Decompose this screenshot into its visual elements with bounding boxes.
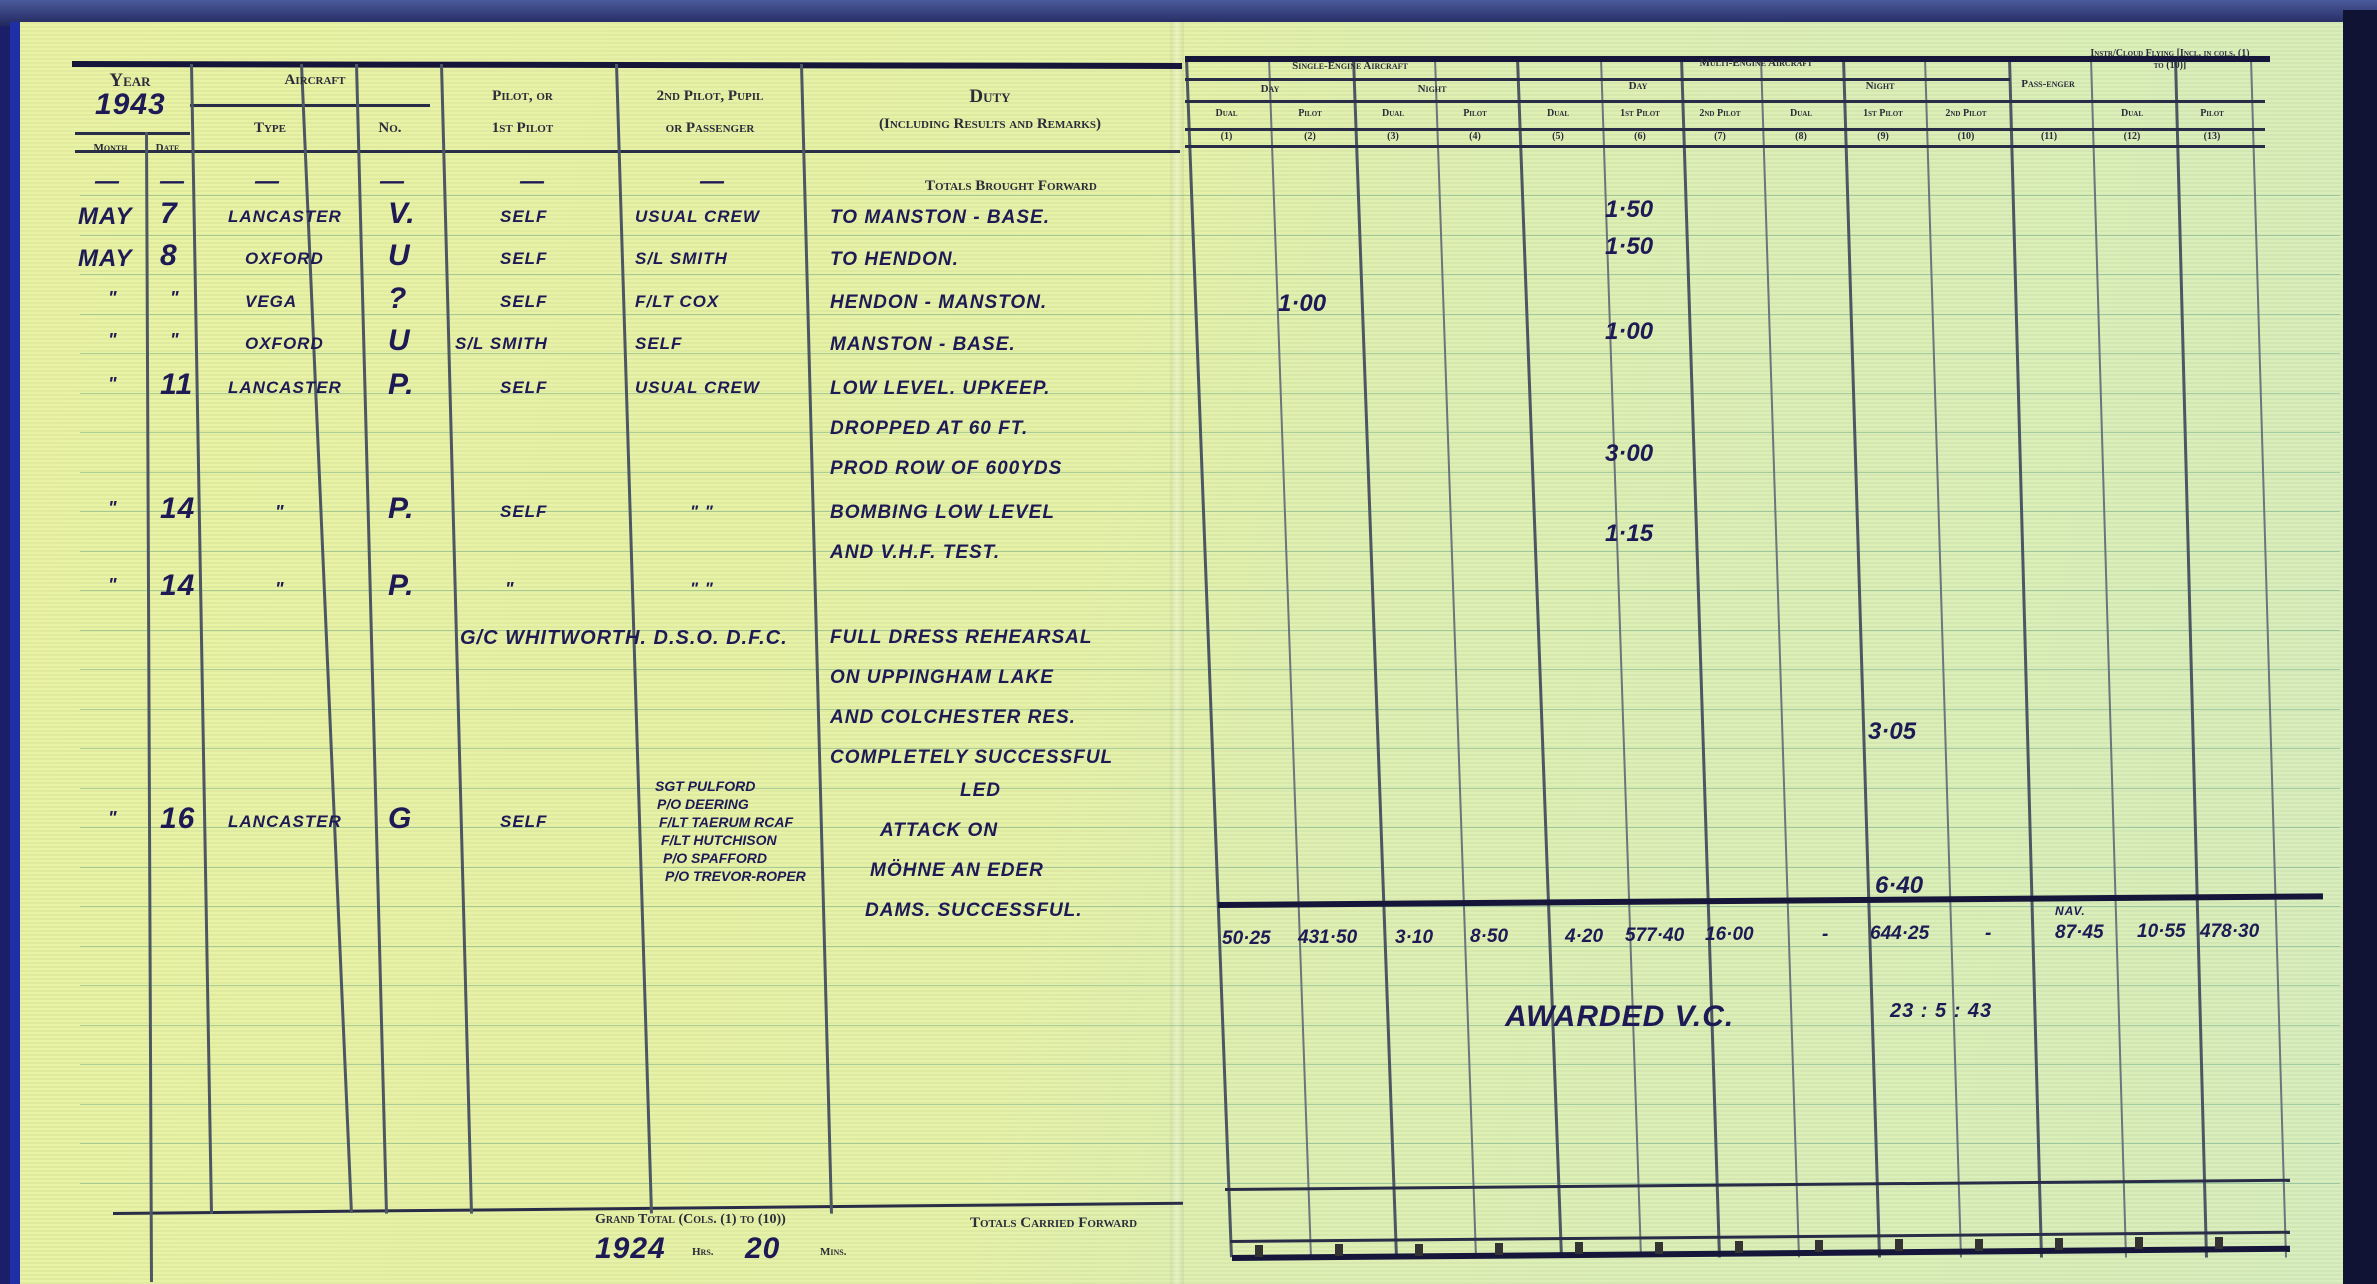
total-value: 478·30 (2200, 921, 2259, 943)
instrument-label: Instr/Cloud Flying [Incl. in cols. (1) t… (2090, 48, 2250, 72)
column-tick (2215, 1237, 2223, 1249)
single-day-label: Day (1190, 83, 1350, 95)
column-tick (1975, 1239, 1983, 1251)
sub-header: Pilot (2174, 108, 2250, 119)
hours-entry: 1·50 (1605, 233, 1653, 261)
nav-note: NAV. (2055, 904, 2086, 918)
hours-entry: 3·00 (1605, 440, 1653, 468)
ruled-line (80, 1104, 2340, 1105)
entry-date: 16 (160, 802, 195, 836)
total-value: 8·50 (1470, 926, 1508, 948)
totals-brought-forward: Totals Brought Forward (925, 178, 1097, 195)
hours-entry: 3·05 (1868, 718, 1916, 746)
ruled-line (80, 472, 2340, 473)
total-value: 3·10 (1395, 927, 1433, 949)
multi-day-label: Day (1516, 80, 1760, 92)
sub-header: Dual (1185, 108, 1268, 119)
passenger-label: Pass-enger (2008, 78, 2088, 91)
column-tick (2135, 1237, 2143, 1249)
second-pilot-label-1: 2nd Pilot, Pupil (615, 88, 805, 105)
entry-second-pilot: USUAL CREW (635, 207, 760, 227)
sub-header: 1st Pilot (1842, 108, 1924, 119)
ruled-line (80, 946, 2340, 947)
column-number: (11) (2008, 131, 2090, 142)
ruled-line (80, 235, 2340, 236)
no-label: No. (350, 120, 430, 137)
totals-carried-forward: Totals Carried Forward (970, 1215, 1137, 1232)
entry-date: 7 (160, 197, 178, 231)
entry-month: " (108, 575, 118, 596)
entry-month: MAY (78, 245, 133, 273)
sub-header: Dual (1352, 108, 1434, 119)
total-value: 577·40 (1625, 925, 1684, 947)
column-number: (5) (1516, 131, 1600, 142)
entry-second-pilot: " " (690, 579, 714, 599)
entry-duty-line: TO HENDON. (830, 249, 959, 271)
ruled-line (80, 1143, 2340, 1144)
dash: — (700, 168, 725, 196)
column-number: (2) (1268, 131, 1352, 142)
entry-duty-line: AND V.H.F. TEST. (830, 542, 1000, 564)
ruled-line (80, 590, 2340, 591)
entry-aircraft-type: " (275, 502, 285, 523)
entry-pilot: SELF (500, 378, 547, 398)
column-tick (2055, 1238, 2063, 1250)
sub-header: Dual (1760, 108, 1842, 119)
entry-crew-member: P/O DEERING (657, 796, 749, 812)
entry-pilot: S/L SMITH (455, 334, 548, 354)
entry-duty-line: ON UPPINGHAM LAKE (830, 667, 1054, 689)
column-tick (1335, 1244, 1343, 1256)
column-tick (1495, 1243, 1503, 1255)
entry-aircraft-no: G (388, 802, 412, 836)
entry-duty-line: AND COLCHESTER RES. (830, 707, 1076, 729)
entry-second-pilot: USUAL CREW (635, 378, 760, 398)
type-label: Type (195, 120, 345, 137)
entry-month: " (108, 288, 118, 309)
sub-header: Dual (1516, 108, 1600, 119)
entry-duty-line: LOW LEVEL. UPKEEP. (830, 378, 1050, 400)
column-number: (12) (2090, 131, 2174, 142)
entry-second-pilot: SELF (635, 334, 682, 354)
total-value: - (1822, 924, 1828, 946)
screen-bezel-right (2343, 10, 2377, 1284)
hours-entry: 1·00 (1605, 318, 1653, 346)
grand-total-hours: 1924 (595, 1232, 666, 1266)
grand-total-label: Grand Total (Cols. (1) to (10)) (595, 1212, 786, 1228)
total-value: 431·50 (1298, 927, 1357, 949)
column-number: (7) (1680, 131, 1760, 142)
entry-pilot: SELF (500, 249, 547, 269)
entry-duty-line: ATTACK ON (880, 820, 998, 842)
pilot-label-2: 1st Pilot (440, 120, 605, 137)
entry-duty-line: TO MANSTON - BASE. (830, 207, 1050, 229)
hours-entry: 1·00 (1278, 290, 1326, 318)
entry-aircraft-type: VEGA (245, 292, 297, 312)
ruled-line (80, 314, 2340, 315)
entry-passenger-note: G/C WHITWORTH. D.S.O. D.F.C. (460, 627, 788, 650)
column-tick (1415, 1244, 1423, 1256)
duty-label: Duty (800, 86, 1180, 108)
entry-pilot: SELF (500, 812, 547, 832)
sub-header: 2nd Pilot (1680, 108, 1760, 119)
total-value: 16·00 (1705, 924, 1754, 946)
header-bottom-rule (75, 150, 1180, 153)
entry-month: " (108, 330, 118, 351)
month-label: Month (78, 142, 143, 154)
ruled-line (80, 906, 2340, 907)
entry-crew-member: P/O SPAFFORD (663, 850, 767, 866)
entry-aircraft-type: OXFORD (245, 334, 324, 354)
entry-second-pilot: " " (690, 502, 714, 522)
ruled-line (80, 551, 2340, 552)
column-number: (4) (1434, 131, 1516, 142)
dash: — (160, 168, 185, 196)
column-number: (9) (1842, 131, 1924, 142)
entry-month: " (108, 374, 118, 395)
entry-date: 11 (160, 368, 193, 402)
dash: — (95, 168, 120, 196)
award-date: 23 : 5 : 43 (1890, 1000, 1992, 1023)
entry-duty-line: DROPPED AT 60 FT. (830, 418, 1028, 440)
award-text: AWARDED V.C. (1505, 1000, 1734, 1034)
entry-duty-line: MANSTON - BASE. (830, 334, 1016, 356)
entry-aircraft-no: U (388, 239, 411, 273)
entry-aircraft-no: ? (388, 282, 407, 316)
ruled-line (80, 511, 2340, 512)
second-pilot-label-2: or Passenger (615, 120, 805, 137)
sub-header: Dual (2090, 108, 2174, 119)
entry-crew-member: F/LT TAERUM RCAF (659, 814, 793, 830)
total-value: 50·25 (1222, 928, 1271, 950)
entry-aircraft-type: LANCASTER (228, 378, 342, 398)
entry-pilot: SELF (500, 502, 547, 522)
ruled-line (80, 274, 2340, 275)
daynight-rule (1185, 100, 2265, 103)
grand-total-mins: 20 (745, 1232, 780, 1266)
entry-date: " (170, 330, 180, 351)
entry-month: " (108, 808, 118, 829)
entry-aircraft-no: P. (388, 368, 414, 402)
total-value: 4·20 (1565, 926, 1603, 948)
sub-header: 2nd Pilot (1924, 108, 2008, 119)
ruled-line (80, 1025, 2340, 1026)
entry-duty-line: COMPLETELY SUCCESSFUL (830, 747, 1113, 769)
entry-aircraft-no: P. (388, 492, 414, 526)
ruled-line (80, 353, 2340, 354)
column-number: (1) (1185, 131, 1268, 142)
ruled-line (80, 1064, 2340, 1065)
total-value: 644·25 (1870, 923, 1929, 945)
entry-month: " (108, 498, 118, 519)
column-number: (10) (1924, 131, 2008, 142)
entry-aircraft-no: V. (388, 197, 416, 231)
dash: — (520, 168, 545, 196)
entry-duty-line: FULL DRESS REHEARSAL (830, 627, 1092, 649)
entry-month: MAY (78, 203, 133, 231)
entry-pilot: SELF (500, 207, 547, 227)
entry-duty-line: BOMBING LOW LEVEL (830, 502, 1055, 524)
column-number: (6) (1600, 131, 1680, 142)
entry-crew-member: P/O TREVOR-ROPER (665, 868, 806, 884)
entry-date: 8 (160, 239, 178, 273)
column-tick (1255, 1245, 1263, 1257)
entry-duty-line: DAMS. SUCCESSFUL. (865, 900, 1083, 922)
entry-aircraft-no: P. (388, 569, 414, 603)
multi-night-label: Night (1760, 80, 2000, 92)
aircraft-sub-rule (190, 104, 430, 107)
column-number: (8) (1760, 131, 1842, 142)
hrs-label: Hrs. (692, 1246, 714, 1258)
sub-header: Pilot (1268, 108, 1352, 119)
column-tick (1655, 1242, 1663, 1254)
entry-aircraft-type: OXFORD (245, 249, 324, 269)
entry-pilot: " (505, 579, 515, 600)
ruled-line (80, 630, 2340, 631)
aircraft-label: Aircraft (195, 72, 435, 89)
ruled-line (80, 985, 2340, 986)
ruled-line (80, 393, 2340, 394)
total-value: - (1985, 923, 1991, 945)
ruled-line (80, 827, 2340, 828)
sub-header: 1st Pilot (1600, 108, 1680, 119)
pilot-label-1: Pilot, or (440, 88, 605, 105)
total-value: 87·45 (2055, 922, 2104, 944)
ruled-line (80, 788, 2340, 789)
total-value: 10·55 (2137, 921, 2186, 943)
year-value: 1943 (95, 88, 166, 122)
mins-label: Mins. (820, 1246, 846, 1258)
entry-duty-line: HENDON - MANSTON. (830, 292, 1047, 314)
entry-second-pilot: F/LT COX (635, 292, 719, 312)
entry-date: " (170, 288, 180, 309)
column-tick (1575, 1242, 1583, 1254)
date-label: Date (145, 142, 190, 154)
entry-pilot: SELF (500, 292, 547, 312)
entry-aircraft-type: LANCASTER (228, 812, 342, 832)
column-number: (3) (1352, 131, 1434, 142)
sub-header: Pilot (1434, 108, 1516, 119)
multi-engine-label: Multi-Engine Aircraft (1516, 57, 1996, 69)
hours-entry: 1·15 (1605, 520, 1653, 548)
entry-duty-line: PROD ROW OF 600YDS (830, 458, 1062, 480)
ruled-line (80, 195, 2340, 196)
ruled-line (80, 867, 2340, 868)
dash: — (380, 168, 405, 196)
entry-crew-member: F/LT HUTCHISON (661, 832, 777, 848)
single-night-label: Night (1352, 83, 1512, 95)
entry-aircraft-no: U (388, 324, 411, 358)
hours-entry: 1·50 (1605, 196, 1653, 224)
column-tick (1895, 1239, 1903, 1251)
entry-duty-line: LED (960, 780, 1001, 802)
book-gutter (1170, 22, 1184, 1284)
dash: — (255, 168, 280, 196)
single-engine-label: Single-Engine Aircraft (1190, 60, 1510, 72)
column-tick (1735, 1241, 1743, 1253)
colnum-rule (1185, 145, 2265, 148)
entry-aircraft-type: LANCASTER (228, 207, 342, 227)
ruled-line (80, 432, 2340, 433)
entry-date: 14 (160, 492, 195, 526)
entry-duty-line: MÖHNE AN EDER (870, 860, 1044, 882)
duty-sublabel: (Including Results and Remarks) (800, 116, 1180, 133)
entry-crew-member: SGT PULFORD (655, 778, 755, 794)
year-sub-rule (75, 132, 190, 135)
column-tick (1815, 1240, 1823, 1252)
entry-date: 14 (160, 569, 195, 603)
entry-aircraft-type: " (275, 579, 285, 600)
column-number: (13) (2174, 131, 2250, 142)
entry-second-pilot: S/L SMITH (635, 249, 728, 269)
